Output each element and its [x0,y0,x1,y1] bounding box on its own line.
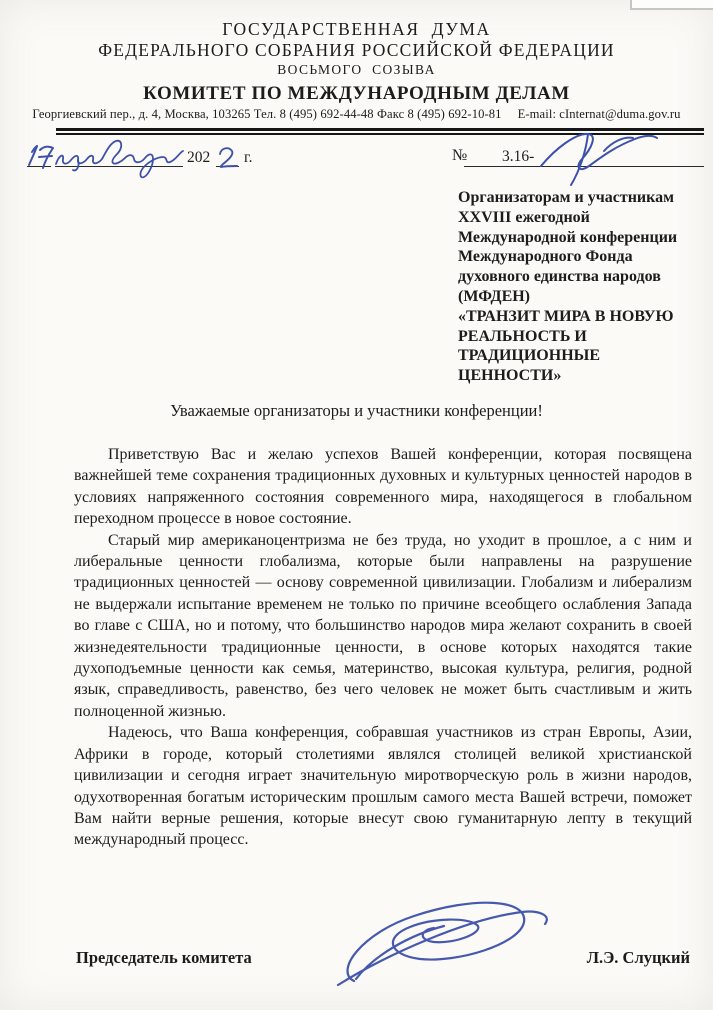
handwritten-month-icon [52,134,188,180]
recipient-line: «ТРАНЗИТ МИРА В НОВУЮ [458,307,704,327]
org-name-line2: ФЕДЕРАЛЬНОГО СОБРАНИЯ РОССИЙСКОЙ ФЕДЕРАЦ… [0,40,713,61]
letter-body: Приветствую Вас и желаю успехов Вашей ко… [74,444,692,851]
recipient-line: (МФДЕН) [458,287,704,307]
signature-autograph-icon [326,891,570,991]
recipient-block: Организаторам и участникамXXVIII ежегодн… [458,188,704,386]
salutation: Уважаемые организаторы и участники конфе… [0,401,713,421]
recipient-line: XXVIII ежегодной [458,208,704,228]
recipient-line: РЕАЛЬНОСТЬ И [458,327,704,347]
recipient-line: Международного Фонда [458,247,704,267]
printed-year-prefix: 202 [187,149,210,167]
committee-title: КОМИТЕТ ПО МЕЖДУНАРОДНЫМ ДЕЛАМ [0,83,713,105]
recipient-line: Организаторам и участникам [458,188,704,208]
org-name-line1: ГОСУДАРСТВЕННАЯ ДУМА [0,19,713,40]
outgoing-number-value: 3.16- [502,148,534,166]
contact-line: Георгиевский пер., д. 4, Москва, 103265 … [0,107,713,122]
convocation-line: ВОСЬМОГО СОЗЫВА [0,62,713,78]
handwritten-year-digit-icon [217,146,239,171]
body-paragraph: Надеюсь, что Ваша конференция, собравшая… [74,722,692,850]
body-paragraph: Старый мир американоцентризма не без тру… [74,530,692,723]
scan-artifact-box [630,0,713,10]
number-scribble-icon [536,121,661,187]
email-address: E-mail: cInternat@duma.gov.ru [518,107,681,121]
signer-name: Л.Э. Слуцкий [587,948,690,968]
recipient-line: ТРАДИЦИОННЫЕ [458,346,704,366]
recipient-line: ЦЕННОСТИ» [458,366,704,386]
scanned-letter-page: ГОСУДАРСТВЕННАЯ ДУМА ФЕДЕРАЛЬНОГО СОБРАН… [0,0,713,1010]
signature-row: Председатель комитета Л.Э. Слуцкий [76,948,690,968]
signer-title: Председатель комитета [76,948,252,968]
year-suffix-label: г. [244,149,252,167]
body-paragraph: Приветствую Вас и желаю успехов Вашей ко… [74,444,692,530]
recipient-line: духовного единства народов [458,267,704,287]
postal-address: Георгиевский пер., д. 4, Москва, 103265 … [32,107,501,121]
recipient-line: Международной конференции [458,228,704,248]
